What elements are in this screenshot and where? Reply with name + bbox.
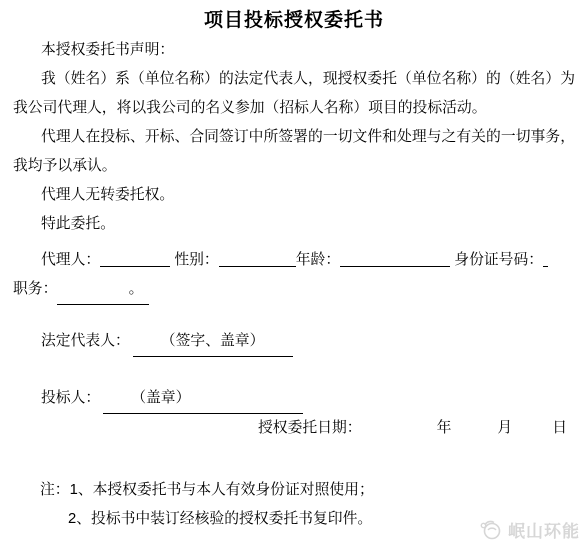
authorization-letter-document: 项目投标授权委托书 本授权委托书声明： 我（姓名）系（单位名称）的法定代表人，现… [0,0,586,550]
bidder-seal-blank: （盖章） [103,384,303,414]
id-number-label: 身份证号码： [454,252,543,268]
body-paragraph-hereby: 特此委托。 [13,210,575,239]
year-label: 年 [437,420,452,436]
legal-representative-row: 法定代表人：（签字、盖章） [13,327,575,357]
day-label: 日 [552,420,567,436]
agent-label: 代理人： [41,252,100,268]
body-paragraph-no-delegation: 代理人无转委托权。 [13,181,575,210]
legal-representative-signature-blank: （签字、盖章） [133,327,293,357]
date-label: 授权委托日期： [258,420,362,436]
authorization-date-row: 授权委托日期：年月日 [13,414,575,443]
gender-label: 性别： [174,252,218,268]
bidder-label: 投标人： [41,390,100,406]
id-number-blank-fragment [543,250,548,267]
body-paragraph-authorization: 我（姓名）系（单位名称）的法定代表人，现授权委托（单位名称）的（姓名）为我公司代… [13,65,575,123]
position-blank: 。 [57,275,149,305]
agent-info-row: 代理人： 性别：年龄： 身份证号码： [13,246,575,275]
age-blank [340,250,450,267]
body-paragraph-scope: 代理人在投标、开标、合同签订中所签署的一切文件和处理与之有关的一切事务，我均予以… [13,123,575,181]
position-row: 职务：。 [13,275,575,305]
watermark-text: 岷山环能 [508,517,580,542]
position-label: 职务： [13,281,57,297]
watermark: 岷山环能 [478,516,580,542]
age-label: 年龄： [296,252,340,268]
watermark-logo-icon [478,516,504,542]
declaration-line: 本授权委托书声明： [13,36,575,65]
month-label: 月 [497,420,512,436]
agent-name-blank [100,250,170,267]
note-line-1: 注：1、本授权委托书与本人有效身份证对照使用； [13,476,575,505]
gender-blank [219,250,296,267]
document-title: 项目投标授权委托书 [13,6,575,36]
legal-representative-label: 法定代表人： [41,333,130,349]
bidder-row: 投标人：（盖章） [13,384,575,414]
